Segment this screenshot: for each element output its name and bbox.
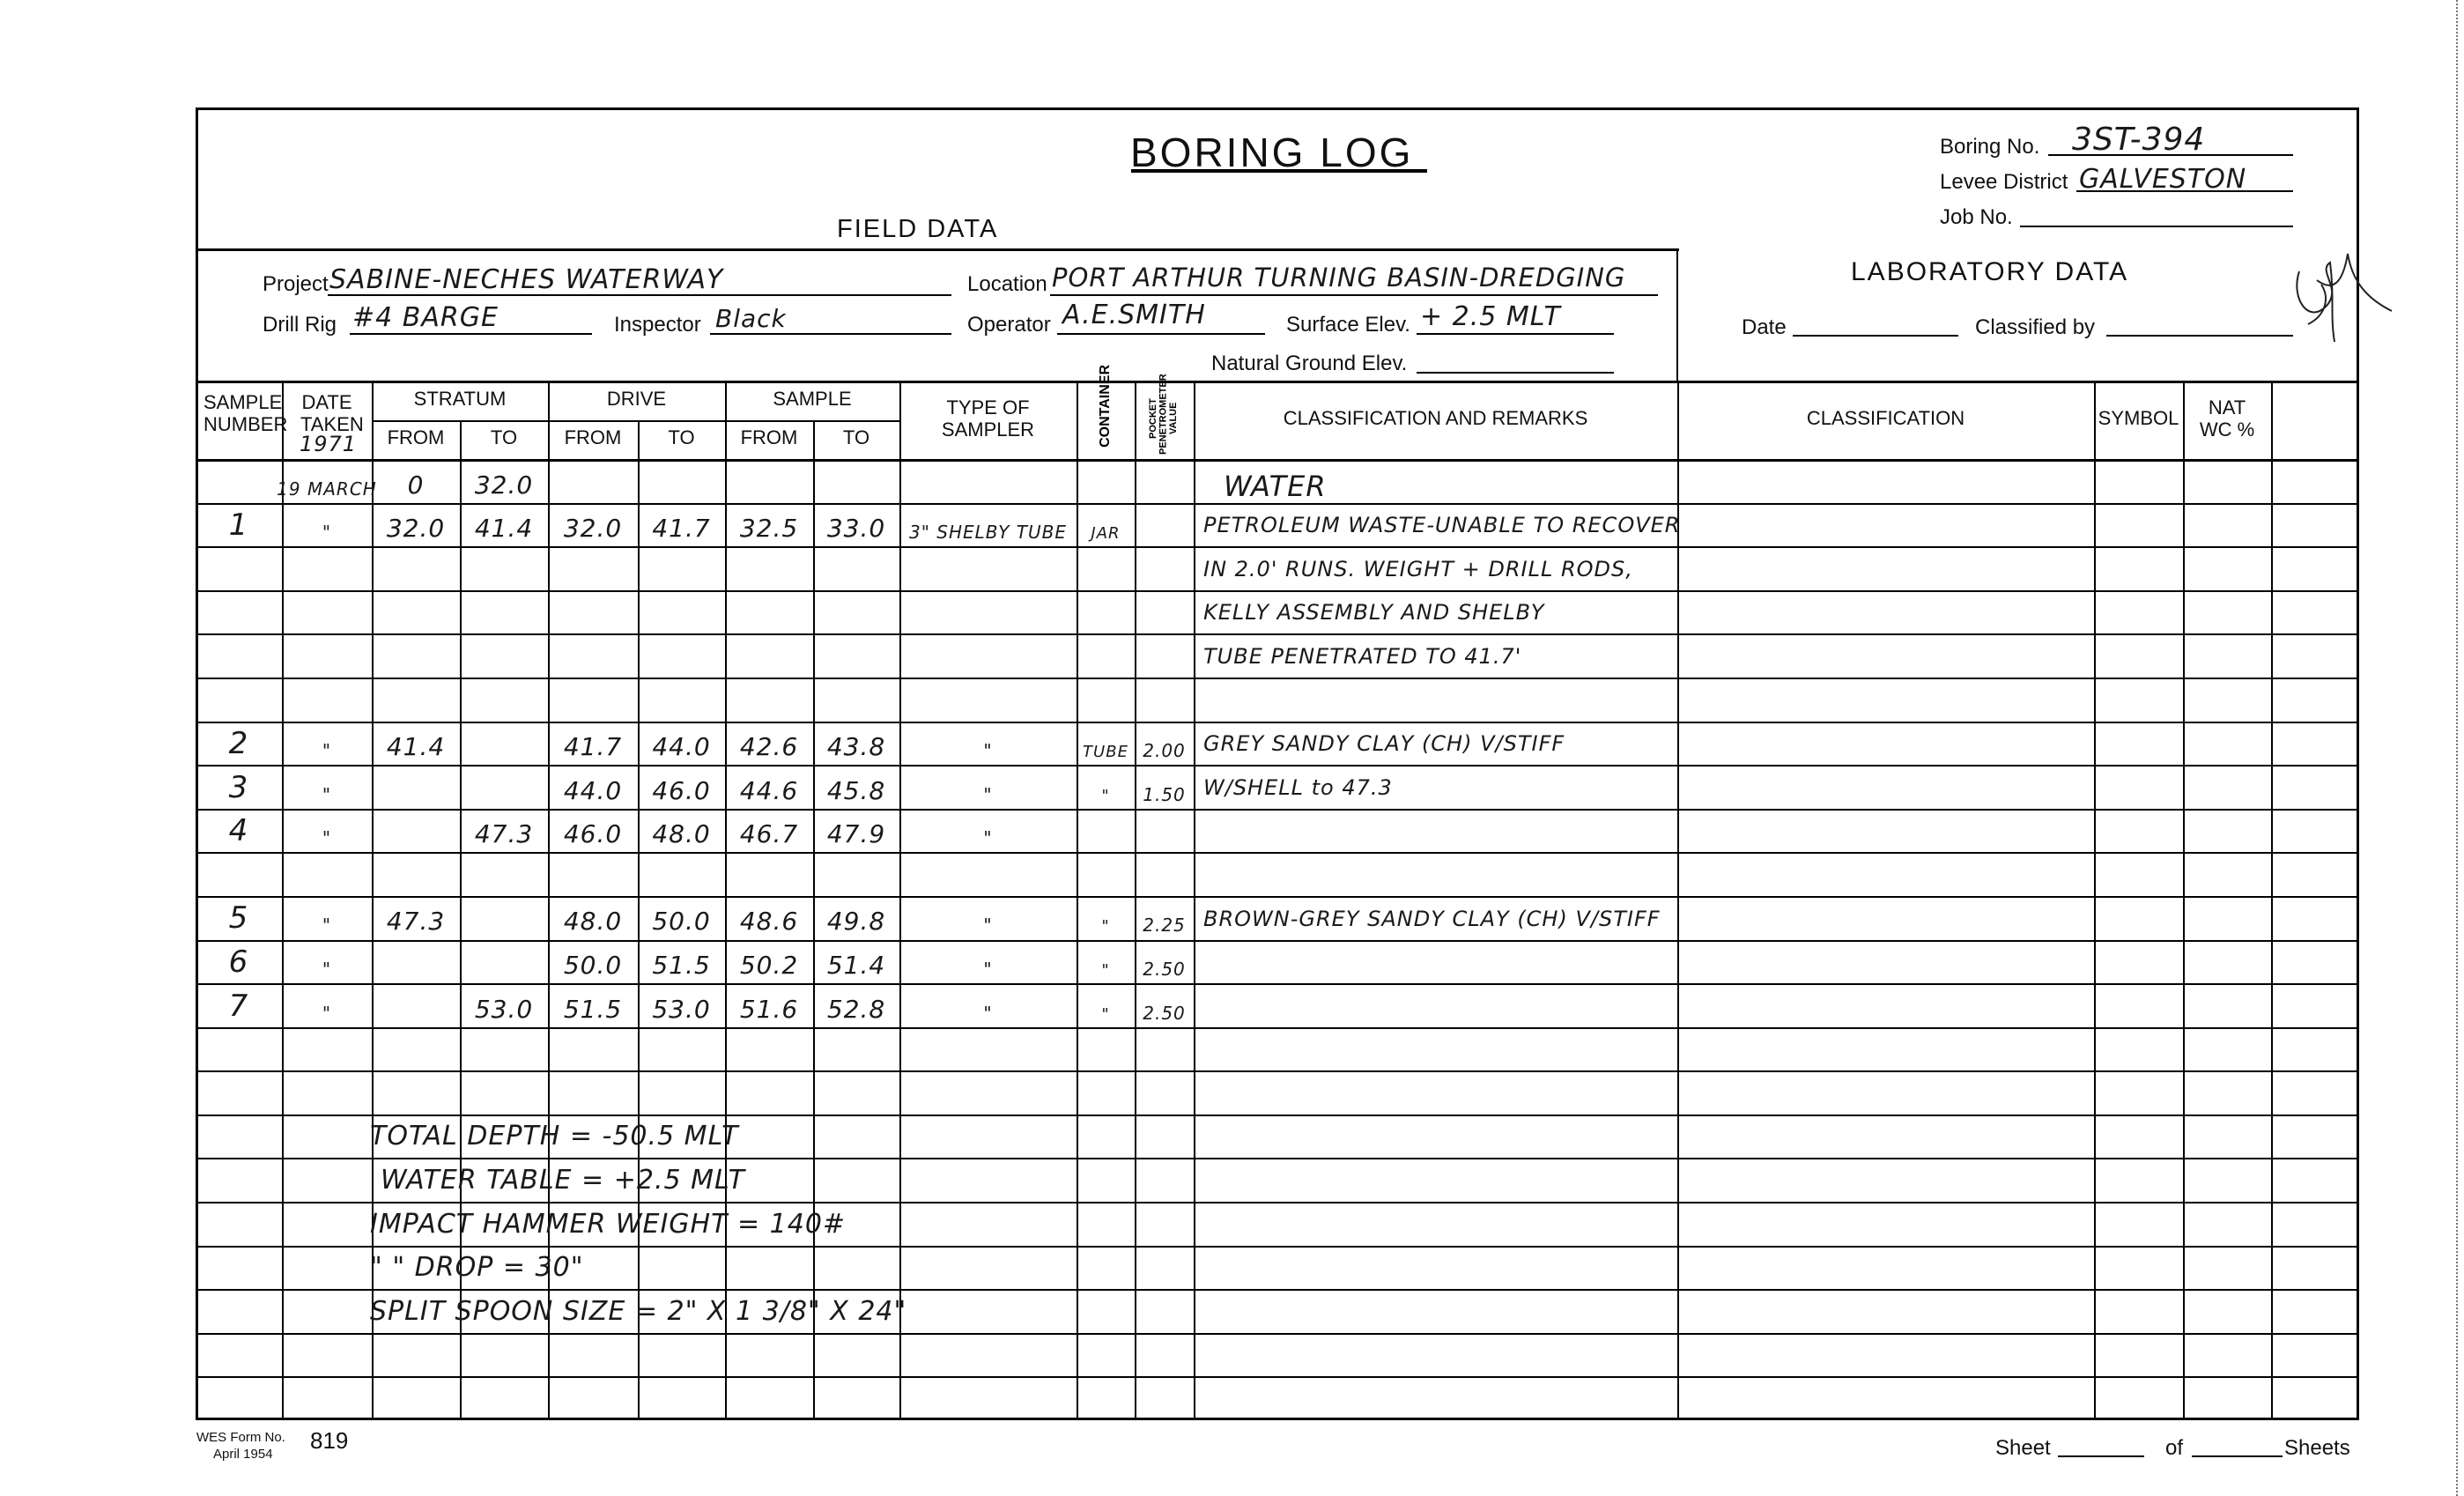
note-line: IMPACT HAMMER WEIGHT = 140# <box>370 1209 846 1240</box>
cell-container <box>1077 852 1135 896</box>
cell-d-from: 44.0 <box>548 765 638 809</box>
cell-sa-to: 45.8 <box>813 765 899 809</box>
cell-s-from <box>372 809 460 853</box>
cell-container: " <box>1077 940 1135 984</box>
cell-s-to <box>460 633 548 678</box>
cell-date: " <box>282 940 372 984</box>
row-divider <box>196 1158 2359 1159</box>
cell-sampler <box>899 546 1077 590</box>
cell-pp: 2.00 <box>1135 722 1194 766</box>
cell-date: " <box>282 809 372 853</box>
cell-remarks: GREY SANDY CLAY (CH) V/STIFF <box>1200 731 1565 756</box>
cell-d-to <box>638 633 725 678</box>
cell-num: 2 <box>196 722 282 766</box>
cell-d-to: 48.0 <box>638 809 725 853</box>
cell-num <box>196 459 282 503</box>
cell-remarks: IN 2.0' RUNS. WEIGHT + DRILL RODS, <box>1200 557 1633 581</box>
col-stratum-to: TO <box>460 420 548 459</box>
cell-pp <box>1135 852 1194 896</box>
cell-d-to: 46.0 <box>638 765 725 809</box>
cell-sampler <box>899 678 1077 722</box>
cell-s-to <box>460 678 548 722</box>
cell-d-from: 51.5 <box>548 983 638 1027</box>
cell-num <box>196 590 282 634</box>
form-date: April 1954 <box>213 1447 273 1462</box>
cell-sa-to: 47.9 <box>813 809 899 853</box>
cell-num: 6 <box>196 940 282 984</box>
note-line: " " DROP = 30" <box>370 1252 584 1283</box>
cell-sa-to: 51.4 <box>813 940 899 984</box>
total-sheets-field[interactable] <box>2192 1455 2283 1457</box>
cell-date: " <box>282 896 372 940</box>
col-drive-from: FROM <box>548 420 638 459</box>
column-divider <box>2094 381 2096 1420</box>
cell-pp <box>1135 678 1194 722</box>
cell-remarks: BROWN-GREY SANDY CLAY (CH) V/STIFF <box>1200 907 1661 931</box>
cell-d-from <box>548 852 638 896</box>
cell-d-to: 50.0 <box>638 896 725 940</box>
col-stratum: STRATUM <box>372 381 548 420</box>
cell-date: " <box>282 722 372 766</box>
cell-d-from <box>548 678 638 722</box>
cell-sampler: " <box>899 940 1077 984</box>
cell-container: " <box>1077 896 1135 940</box>
cell-d-from <box>548 459 638 503</box>
cell-sampler: " <box>899 722 1077 766</box>
cell-container <box>1077 809 1135 853</box>
cell-sa-to: 52.8 <box>813 983 899 1027</box>
cell-sa-from: 50.2 <box>725 940 813 984</box>
cell-sa-from: 51.6 <box>725 983 813 1027</box>
cell-sa-from <box>725 459 813 503</box>
cell-container: TUBE <box>1077 722 1135 766</box>
cell-d-from <box>548 633 638 678</box>
cell-num <box>196 852 282 896</box>
cell-s-to: 41.4 <box>460 503 548 547</box>
cell-d-from: 46.0 <box>548 809 638 853</box>
cell-s-from: 0 <box>372 459 460 503</box>
cell-num <box>196 546 282 590</box>
cell-s-to: 47.3 <box>460 809 548 853</box>
cell-num <box>196 633 282 678</box>
note-line: TOTAL DEPTH = -50.5 MLT <box>370 1121 739 1152</box>
cell-container <box>1077 678 1135 722</box>
cell-s-from: 41.4 <box>372 722 460 766</box>
col-classification-remarks: CLASSIFICATION AND REMARKS <box>1194 381 1677 459</box>
cell-pp <box>1135 809 1194 853</box>
cell-s-from <box>372 590 460 634</box>
cell-sa-to <box>813 678 899 722</box>
col-stratum-from: FROM <box>372 420 460 459</box>
cell-pp: 2.50 <box>1135 940 1194 984</box>
cell-s-to <box>460 765 548 809</box>
cell-pp: 2.25 <box>1135 896 1194 940</box>
cell-sampler <box>899 459 1077 503</box>
cell-d-from: 48.0 <box>548 896 638 940</box>
cell-sa-from <box>725 678 813 722</box>
cell-container <box>1077 590 1135 634</box>
col-classification: CLASSIFICATION <box>1677 381 2094 459</box>
cell-d-to: 44.0 <box>638 722 725 766</box>
cell-date <box>282 590 372 634</box>
col-symbol: SYMBOL <box>2094 381 2183 459</box>
cell-s-from <box>372 678 460 722</box>
cell-s-to: 32.0 <box>460 459 548 503</box>
row-divider <box>196 1115 2359 1116</box>
cell-sa-from <box>725 852 813 896</box>
cell-date: " <box>282 503 372 547</box>
cell-s-from <box>372 633 460 678</box>
cell-s-from <box>372 852 460 896</box>
sheets-label: Sheets <box>2284 1436 2350 1461</box>
row-divider <box>196 1246 2359 1248</box>
cell-container <box>1077 459 1135 503</box>
cell-sa-from: 32.5 <box>725 503 813 547</box>
cell-sa-from: 46.7 <box>725 809 813 853</box>
cell-pp: 2.50 <box>1135 983 1194 1027</box>
cell-s-from <box>372 940 460 984</box>
cell-sa-from: 44.6 <box>725 765 813 809</box>
row-divider <box>196 1027 2359 1029</box>
cell-sa-from: 48.6 <box>725 896 813 940</box>
cell-s-from <box>372 983 460 1027</box>
form-label: WES Form No. <box>196 1430 285 1445</box>
cell-date: 19 MARCH <box>282 459 372 503</box>
cell-d-to <box>638 678 725 722</box>
col-sample-to: TO <box>813 420 899 459</box>
cell-sampler: " <box>899 765 1077 809</box>
col-drive-to: TO <box>638 420 725 459</box>
cell-d-from: 41.7 <box>548 722 638 766</box>
cell-sa-from <box>725 546 813 590</box>
cell-s-to <box>460 896 548 940</box>
cell-d-to: 41.7 <box>638 503 725 547</box>
cell-date <box>282 633 372 678</box>
cell-sa-from <box>725 633 813 678</box>
cell-sa-to: 43.8 <box>813 722 899 766</box>
cell-d-from <box>548 590 638 634</box>
cell-sampler: 3" SHELBY TUBE <box>899 503 1077 547</box>
year-value: 1971 <box>300 432 357 456</box>
row-divider <box>196 1289 2359 1291</box>
cell-d-to <box>638 590 725 634</box>
cell-num: 3 <box>196 765 282 809</box>
col-type-of-sampler: TYPE OF SAMPLER <box>899 381 1077 459</box>
cell-s-to <box>460 852 548 896</box>
cell-container: JAR <box>1077 503 1135 547</box>
cell-pp: 1.50 <box>1135 765 1194 809</box>
note-line: SPLIT SPOON SIZE = 2" X 1 3/8" X 24" <box>370 1296 906 1327</box>
cell-sa-to <box>813 852 899 896</box>
cell-container <box>1077 633 1135 678</box>
cell-sampler <box>899 633 1077 678</box>
row-divider <box>196 1202 2359 1203</box>
cell-date <box>282 678 372 722</box>
cell-pp <box>1135 459 1194 503</box>
cell-sa-from: 42.6 <box>725 722 813 766</box>
cell-s-from: 32.0 <box>372 503 460 547</box>
cell-sa-to <box>813 590 899 634</box>
form-number: 819 <box>310 1427 348 1455</box>
cell-d-to <box>638 546 725 590</box>
cell-sa-to <box>813 633 899 678</box>
cell-sampler: " <box>899 809 1077 853</box>
cell-pp <box>1135 546 1194 590</box>
cell-d-from: 32.0 <box>548 503 638 547</box>
col-container: CONTAINER <box>1077 357 1135 459</box>
cell-num <box>196 678 282 722</box>
cell-remarks: WATER <box>1220 470 1327 503</box>
cell-s-to <box>460 722 548 766</box>
col-pocket-penetrometer: POCKET PENETROMETER VALUE <box>1135 381 1194 459</box>
note-line: WATER TABLE = +2.5 MLT <box>381 1165 745 1196</box>
col-nat-wc: NAT WC % <box>2183 381 2271 459</box>
cell-d-from: 50.0 <box>548 940 638 984</box>
sheet-number-field[interactable] <box>2058 1455 2144 1457</box>
cell-num: 5 <box>196 896 282 940</box>
cell-d-to: 53.0 <box>638 983 725 1027</box>
cell-d-from <box>548 546 638 590</box>
cell-sa-to <box>813 546 899 590</box>
cell-remarks: PETROLEUM WASTE-UNABLE TO RECOVER <box>1200 513 1680 537</box>
cell-container: " <box>1077 983 1135 1027</box>
cell-s-from <box>372 546 460 590</box>
cell-s-from: 47.3 <box>372 896 460 940</box>
of-label: of <box>2165 1436 2183 1461</box>
col-sample-from: FROM <box>725 420 813 459</box>
cell-sa-to <box>813 459 899 503</box>
cell-sampler: " <box>899 983 1077 1027</box>
cell-remarks: TUBE PENETRATED TO 41.7' <box>1200 644 1521 669</box>
cell-pp <box>1135 503 1194 547</box>
col-drive: DRIVE <box>548 381 725 420</box>
cell-sampler <box>899 590 1077 634</box>
cell-d-to <box>638 459 725 503</box>
col-sample: SAMPLE <box>725 381 899 420</box>
cell-pp <box>1135 633 1194 678</box>
cell-num: 1 <box>196 503 282 547</box>
cell-date: " <box>282 983 372 1027</box>
cell-s-to <box>460 546 548 590</box>
cell-s-to <box>460 590 548 634</box>
cell-num: 7 <box>196 983 282 1027</box>
cell-container: " <box>1077 765 1135 809</box>
row-divider <box>196 1333 2359 1335</box>
column-divider <box>1194 381 1195 1420</box>
sheet-label: Sheet <box>1995 1436 2051 1461</box>
cell-d-to <box>638 852 725 896</box>
cell-s-from <box>372 765 460 809</box>
row-divider <box>196 1070 2359 1072</box>
cell-date <box>282 546 372 590</box>
cell-sa-to: 33.0 <box>813 503 899 547</box>
cell-sampler: " <box>899 896 1077 940</box>
cell-sa-to: 49.8 <box>813 896 899 940</box>
cell-d-to: 51.5 <box>638 940 725 984</box>
cell-s-to <box>460 940 548 984</box>
cell-remarks: W/SHELL to 47.3 <box>1200 775 1393 800</box>
cell-date: " <box>282 765 372 809</box>
col-sample-number: SAMPLE NUMBER <box>196 388 282 449</box>
cell-sampler <box>899 852 1077 896</box>
cell-num: 4 <box>196 809 282 853</box>
cell-remarks: KELLY ASSEMBLY AND SHELBY <box>1200 600 1544 625</box>
cell-date <box>282 852 372 896</box>
column-divider <box>2271 381 2273 1420</box>
cell-pp <box>1135 590 1194 634</box>
cell-sa-from <box>725 590 813 634</box>
column-divider <box>2183 381 2185 1420</box>
row-divider <box>196 1376 2359 1378</box>
cell-s-to: 53.0 <box>460 983 548 1027</box>
cell-container <box>1077 546 1135 590</box>
